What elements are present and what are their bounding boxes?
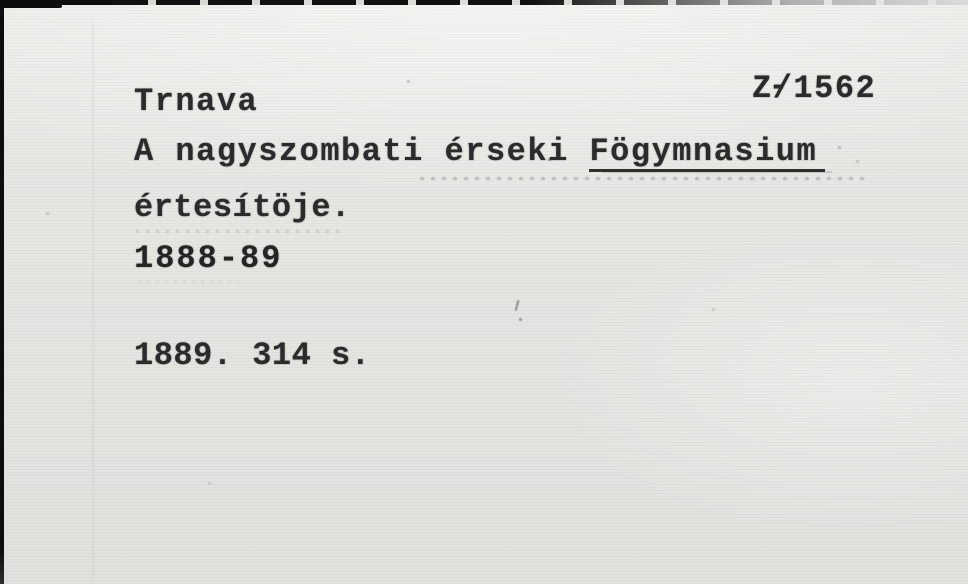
scan-edge-top-left — [0, 0, 62, 8]
underlined-word: Fögymnasium — [589, 136, 825, 172]
ink-blot — [515, 300, 520, 311]
title-text: A nagyszombati érseki — [134, 133, 589, 170]
scanned-catalog-card: Trnava Z/-1562 A nagyszombati érseki Fög… — [0, 0, 968, 584]
paper-specks — [0, 0, 3, 3]
card-title-line2: értesítöje. — [134, 192, 351, 224]
card-heading: Trnava — [134, 86, 258, 118]
scan-edge-top — [0, 0, 968, 5]
card-title-line1: A nagyszombati érseki Fögymnasium — [134, 136, 817, 172]
paper-crease — [92, 20, 94, 580]
scan-edge-left — [0, 0, 4, 584]
catalog-number: Z/-1562 — [752, 73, 876, 105]
ink-residue-row — [136, 230, 346, 233]
catalog-number-digits: 1562 — [793, 70, 876, 107]
ink-residue-row — [138, 281, 238, 283]
underline-echo-mark — [602, 171, 832, 173]
card-imprint: 1889. 314 s. — [134, 340, 370, 372]
ink-residue-row — [420, 177, 865, 180]
catalog-number-separator: /- — [773, 73, 794, 105]
overstrike-dash: - — [769, 71, 790, 103]
card-years: 1888-89 — [134, 243, 282, 275]
